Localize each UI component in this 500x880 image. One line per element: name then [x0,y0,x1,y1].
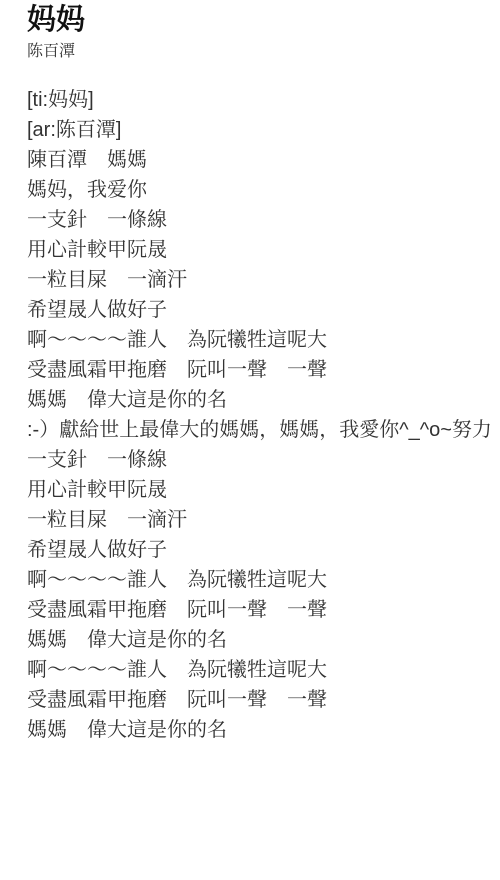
lyric-line: 用心計較甲阮晟 [27,475,500,505]
lyric-line: 受盡風霜甲拖磨 阮叫一聲 一聲 [27,685,500,715]
lyric-line: 媽妈，我爱你 [27,175,500,205]
lyric-line: 一支針 一條線 [27,205,500,235]
lyric-line: 啊～～～～誰人 為阮犧牲這呢大 [27,565,500,595]
song-title: 妈妈 [27,2,500,38]
lyric-line: 受盡風霜甲拖磨 阮叫一聲 一聲 [27,355,500,385]
lyric-line: 啊～～～～誰人 為阮犧牲這呢大 [27,655,500,685]
lyrics-page: 妈妈 陈百潭 [ti:妈妈][ar:陈百潭]陳百潭 媽媽媽妈，我爱你一支針 一條… [0,0,500,880]
lyric-line: 啊～～～～誰人 為阮犧牲這呢大 [27,325,500,355]
lyric-line: [ti:妈妈] [27,85,500,115]
lyric-line: 媽媽 偉大這是你的名 [27,625,500,655]
lyric-line: 一粒目屎 一滴汗 [27,505,500,535]
lyric-line: 受盡風霜甲拖磨 阮叫一聲 一聲 [27,595,500,625]
lyric-line: 希望晟人做好子 [27,295,500,325]
lyric-line: 一粒目屎 一滴汗 [27,265,500,295]
lyric-line: 媽媽 偉大這是你的名 [27,715,500,745]
lyric-line: 媽媽 偉大這是你的名 [27,385,500,415]
lyric-line: 一支針 一條線 [27,445,500,475]
lyrics-block: [ti:妈妈][ar:陈百潭]陳百潭 媽媽媽妈，我爱你一支針 一條線用心計較甲阮… [27,85,500,745]
lyric-line: 希望晟人做好子 [27,535,500,565]
lyric-line: 用心計較甲阮晟 [27,235,500,265]
lyric-line: 陳百潭 媽媽 [27,145,500,175]
lyric-line: :-）獻給世上最偉大的媽媽，媽媽，我愛你^_^o~努力 [27,415,500,445]
song-artist: 陈百潭 [27,40,500,64]
lyric-line: [ar:陈百潭] [27,115,500,145]
